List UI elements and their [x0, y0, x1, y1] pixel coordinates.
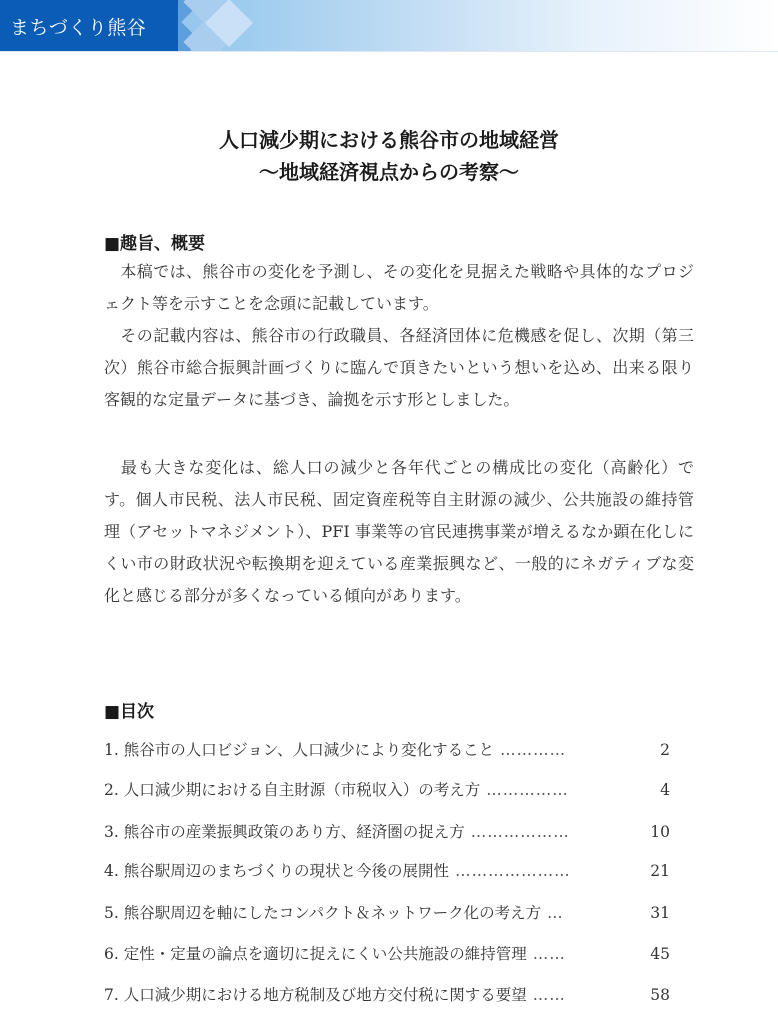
toc-page-number: 21 [648, 862, 670, 880]
toc-page-number: 58 [648, 986, 670, 1004]
toc-item[interactable]: 7. 人口減少期における地方税制及び地方交付税に関する要望 …… 58 [104, 983, 670, 1005]
toc-item[interactable]: 3. 熊谷市の産業振興政策のあり方、経済圏の捉え方 ……………… 10 [104, 820, 670, 842]
title-main: 人口減少期における熊谷市の地域経営 [0, 124, 778, 156]
brand-text: まちづくり熊谷 [0, 13, 146, 40]
toc-item[interactable]: 4. 熊谷駅周辺のまちづくりの現状と今後の展開性 ………………… 21 [104, 859, 670, 881]
toc-item[interactable]: 6. 定性・定量の論点を適切に捉えにくい公共施設の維持管理 …… 45 [104, 942, 670, 964]
summary-paragraph-3: 最も大きな変化は、総人口の減少と各年代ごとの構成比の変化（高齢化）です。個人市民… [104, 452, 694, 612]
toc-page-number: 10 [648, 823, 670, 841]
toc-page-number: 31 [648, 904, 670, 922]
document-title: 人口減少期における熊谷市の地域経営 ～地域経済視点からの考察～ [0, 124, 778, 188]
toc-item[interactable]: 2. 人口減少期における自主財源（市税収入）の考え方 …………… 4 [104, 778, 670, 800]
title-subtitle: ～地域経済視点からの考察～ [0, 156, 778, 188]
toc-page-number: 45 [648, 945, 670, 963]
toc-item[interactable]: 1. 熊谷市の人口ビジョン、人口減少により変化すること ………… 2 [104, 738, 670, 760]
toc-page-number: 4 [648, 781, 670, 799]
summary-paragraph-2: その記載内容は、熊谷市の行政職員、各経済団体に危機感を促し、次期（第三次）熊谷市… [104, 320, 694, 416]
summary-heading: ■趣旨、概要 [104, 229, 205, 254]
toc-heading: ■目次 [104, 697, 154, 722]
brand-label: まちづくり熊谷 [0, 0, 178, 52]
header-divider [0, 51, 778, 52]
toc-item[interactable]: 5. 熊谷駅周辺を軸にしたコンパクト＆ネットワーク化の考え方 … 31 [104, 901, 670, 923]
summary-paragraph-1: 本稿では、熊谷市の変化を予測し、その変化を見据えた戦略や具体的なプロジェクト等を… [104, 256, 694, 320]
page-header-banner: まちづくり熊谷 [0, 0, 778, 52]
toc-page-number: 2 [648, 741, 670, 759]
